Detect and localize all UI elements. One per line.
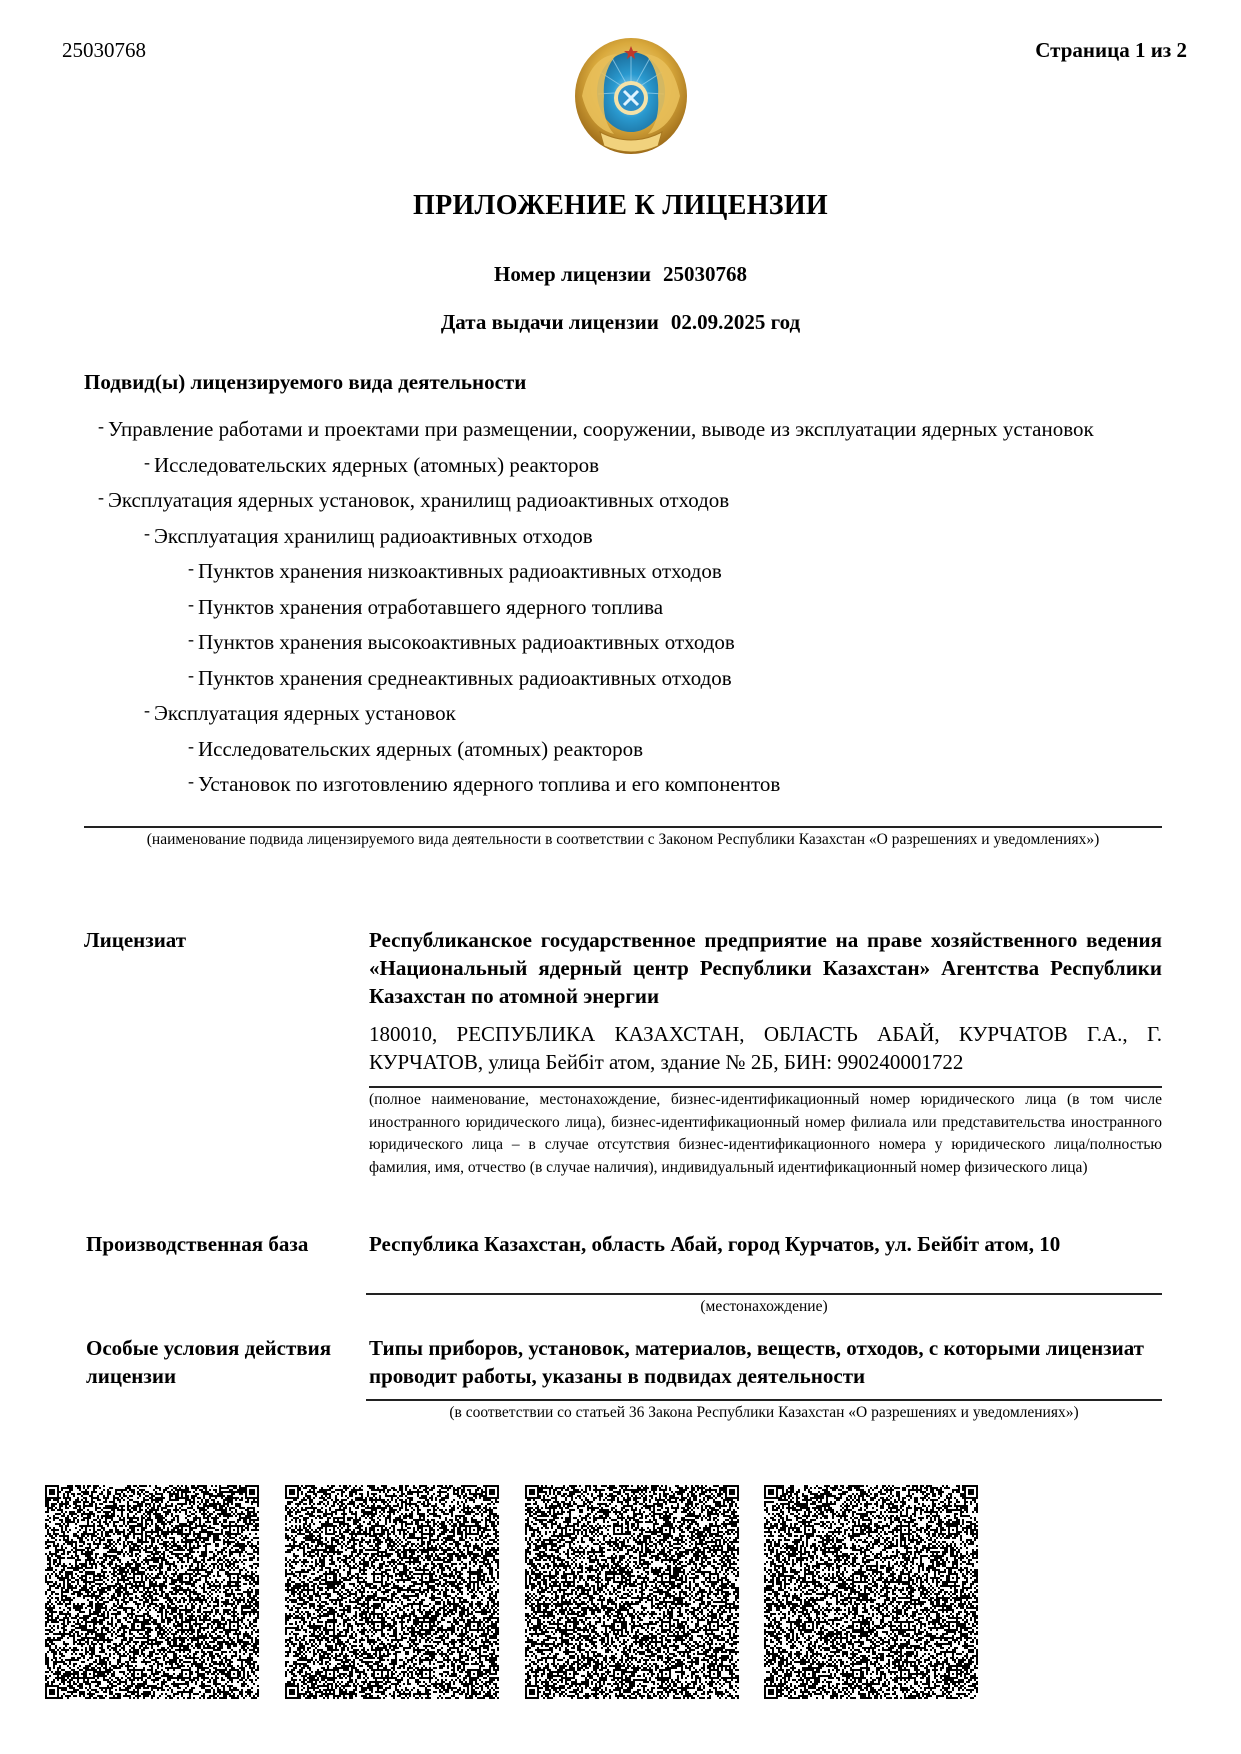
- list-item: -Пунктов хранения высокоактивных радиоак…: [84, 629, 1174, 655]
- divider: [366, 1293, 1162, 1295]
- qr-code-2: [285, 1485, 499, 1699]
- list-item: -Эксплуатация хранилищ радиоактивных отх…: [84, 523, 1174, 549]
- licensee-name: Республиканское государственное предприя…: [369, 926, 1162, 1010]
- license-number-row: Номер лицензии25030768: [0, 262, 1241, 287]
- subtypes-list: -Управление работами и проектами при раз…: [84, 416, 1174, 807]
- divider: [369, 1086, 1162, 1088]
- list-item: -Эксплуатация ядерных установок: [84, 700, 1174, 726]
- divider: [366, 1399, 1162, 1401]
- production-base-label: Производственная база: [86, 1230, 308, 1258]
- license-number-value: 25030768: [663, 262, 747, 286]
- page-indicator: Страница 1 из 2: [1035, 38, 1187, 63]
- issue-date-row: Дата выдачи лицензии02.09.2025 год: [0, 310, 1241, 335]
- issue-date-value: 02.09.2025 год: [671, 310, 800, 334]
- document-number: 25030768: [62, 38, 146, 63]
- divider: [84, 826, 1162, 828]
- issue-date-label: Дата выдачи лицензии: [441, 310, 659, 334]
- production-base-caption: (местонахождение): [366, 1297, 1162, 1317]
- licensee-caption: (полное наименование, местонахождение, б…: [369, 1089, 1162, 1179]
- list-item: -Пунктов хранения отработавшего ядерного…: [84, 594, 1174, 620]
- list-item: -Пунктов хранения среднеактивных радиоак…: [84, 665, 1174, 691]
- licensee-label: Лицензиат: [84, 926, 186, 954]
- special-conditions-caption: (в соответствии со статьей 36 Закона Рес…: [366, 1403, 1162, 1423]
- list-item: -Исследовательских ядерных (атомных) реа…: [84, 736, 1174, 762]
- license-number-label: Номер лицензии: [494, 262, 651, 286]
- qr-code-1: [45, 1485, 259, 1699]
- special-conditions-value: Типы приборов, установок, материалов, ве…: [369, 1334, 1162, 1390]
- qr-code-3: [525, 1485, 739, 1699]
- subtypes-caption: (наименование подвида лицензируемого вид…: [84, 830, 1162, 850]
- licensee-address: 180010, РЕСПУБЛИКА КАЗАХСТАН, ОБЛАСТЬ АБ…: [369, 1020, 1162, 1076]
- list-item: -Эксплуатация ядерных установок, хранили…: [84, 487, 1174, 513]
- special-conditions-label: Особые условия действия лицензии: [86, 1334, 336, 1390]
- page-title: ПРИЛОЖЕНИЕ К ЛИЦЕНЗИИ: [0, 190, 1241, 222]
- list-item: -Пунктов хранения низкоактивных радиоакт…: [84, 558, 1174, 584]
- production-base-value: Республика Казахстан, область Абай, горо…: [369, 1230, 1162, 1258]
- state-emblem-icon: [572, 36, 690, 158]
- list-item: -Установок по изготовлению ядерного топл…: [84, 771, 1174, 797]
- subtypes-heading: Подвид(ы) лицензируемого вида деятельнос…: [84, 370, 526, 395]
- list-item: -Управление работами и проектами при раз…: [84, 416, 1174, 442]
- qr-code-4: [764, 1485, 978, 1699]
- list-item: -Исследовательских ядерных (атомных) реа…: [84, 452, 1174, 478]
